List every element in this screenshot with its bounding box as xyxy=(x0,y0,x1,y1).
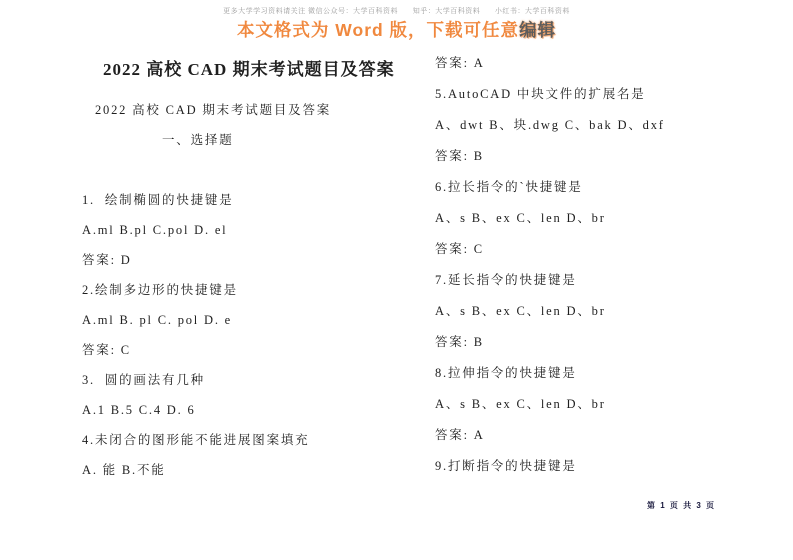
text-line: 答案: B xyxy=(435,141,755,172)
text-line: 2.绘制多边形的快捷键是 xyxy=(82,275,402,305)
text-line xyxy=(82,155,402,185)
text-line: A、s B、ex C、len D、br xyxy=(435,296,755,327)
text-line: 答案: A xyxy=(435,420,755,451)
text-line: A.ml B. pl C. pol D. e xyxy=(82,305,402,335)
text-line: 答案: D xyxy=(82,245,402,275)
word-format-banner: 本文格式为 Word 版，下载可任意编辑 xyxy=(0,17,793,42)
text-line: A. 能 B.不能 xyxy=(82,455,402,485)
promo-note: 更多大学学习资料请关注 微信公众号：大学百科资料 知乎：大学百科资料 小红书：大… xyxy=(0,6,793,16)
text-line: 答案: A xyxy=(435,48,755,79)
text-line: A、s B、ex C、len D、br xyxy=(435,389,755,420)
text-line: 9.打断指令的快捷键是 xyxy=(435,451,755,482)
text-line: 一、选择题 xyxy=(82,125,402,155)
text-line: 2022 高校 CAD 期末考试题目及答案 xyxy=(82,95,402,125)
text-line: A、dwt B、块.dwg C、bak D、dxf xyxy=(435,110,755,141)
text-line: 7.延长指令的快捷键是 xyxy=(435,265,755,296)
text-line: 4.未闭合的图形能不能进展图案填充 xyxy=(82,425,402,455)
text-line: A.ml B.pl C.pol D. el xyxy=(82,215,402,245)
page-number: 第 1 页 共 3 页 xyxy=(647,500,716,511)
text-line: A.1 B.5 C.4 D. 6 xyxy=(82,395,402,425)
text-line: 答案: C xyxy=(82,335,402,365)
document-page: { "page": { "top_note": "更多大学学习资料请关注 微信公… xyxy=(0,0,793,560)
left-text-column: 2022 高校 CAD 期末考试题目及答案一、选择题1. 绘制椭圆的快捷键是A.… xyxy=(82,95,402,485)
text-line: 答案: C xyxy=(435,234,755,265)
right-text-column: 答案: A5.AutoCAD 中块文件的扩展名是A、dwt B、块.dwg C、… xyxy=(435,48,755,482)
text-line: 1. 绘制椭圆的快捷键是 xyxy=(82,185,402,215)
text-line: 3. 圆的画法有几种 xyxy=(82,365,402,395)
text-line: 6.拉长指令的`快捷键是 xyxy=(435,172,755,203)
banner-suffix-text: 编辑 xyxy=(519,20,556,40)
banner-text: 本文格式为 Word 版，下载可任意 xyxy=(237,20,519,40)
text-line: 答案: B xyxy=(435,327,755,358)
text-line: A、s B、ex C、len D、br xyxy=(435,203,755,234)
page-title: 2022 高校 CAD 期末考试题目及答案 xyxy=(103,55,395,80)
text-line: 8.拉伸指令的快捷键是 xyxy=(435,358,755,389)
text-line: 5.AutoCAD 中块文件的扩展名是 xyxy=(435,79,755,110)
